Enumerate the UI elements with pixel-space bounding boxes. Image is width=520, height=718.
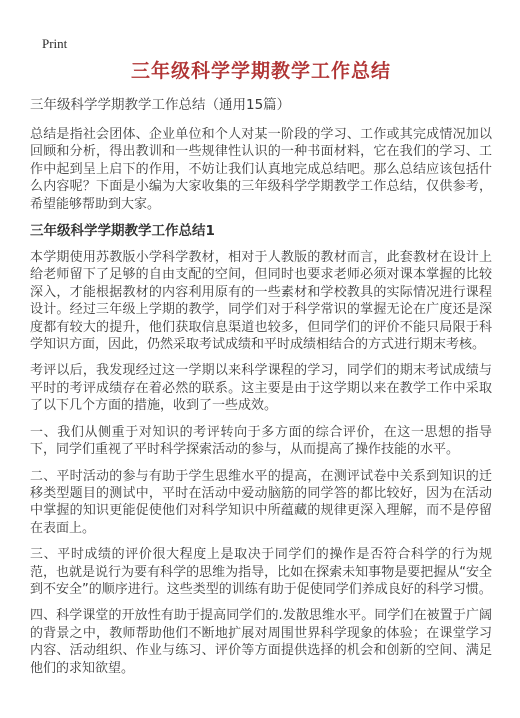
document-page: Print 三年级科学学期教学工作总结 三年级科学学期教学工作总结（通用15篇）… (0, 0, 520, 718)
article-subtitle: 三年级科学学期教学工作总结（通用15篇） (30, 96, 492, 114)
paragraph: 三、平时成绩的评价很大程度上是取决于同学们的操作是否符合科学的行为规范，也就是说… (30, 546, 492, 598)
paragraph: 二、平时活动的参与有助于学生思维水平的提高，在测评试卷中关系到知识的迁移类型题目… (30, 468, 492, 538)
article-content: 三年级科学学期教学工作总结 三年级科学学期教学工作总结（通用15篇） 总结是指社… (30, 58, 492, 686)
page-title: 三年级科学学期教学工作总结 (30, 58, 492, 84)
paragraph: 考评以后，我发现经过这一学期以来科学课程的学习，同学们的期末考试成绩与平时的考评… (30, 362, 492, 414)
intro-paragraph: 总结是指社会团体、企业单位和个人对某一阶段的学习、工作或其完成情况加以回顾和分析… (30, 126, 492, 213)
paragraph: 四、科学课堂的开放性有助于提高同学们的.发散思维水平。同学们在被置于广阔的背景之… (30, 607, 492, 677)
section-heading: 三年级科学学期教学工作总结1 (30, 222, 492, 240)
print-link[interactable]: Print (42, 36, 67, 52)
paragraph: 本学期使用苏教版小学科学教材，相对于人教版的教材而言，此套教材在设计上给老师留下… (30, 249, 492, 353)
paragraph: 一、我们从侧重于对知识的考评转向于多方面的综合评价，在这一思想的指导下，同学们重… (30, 424, 492, 459)
